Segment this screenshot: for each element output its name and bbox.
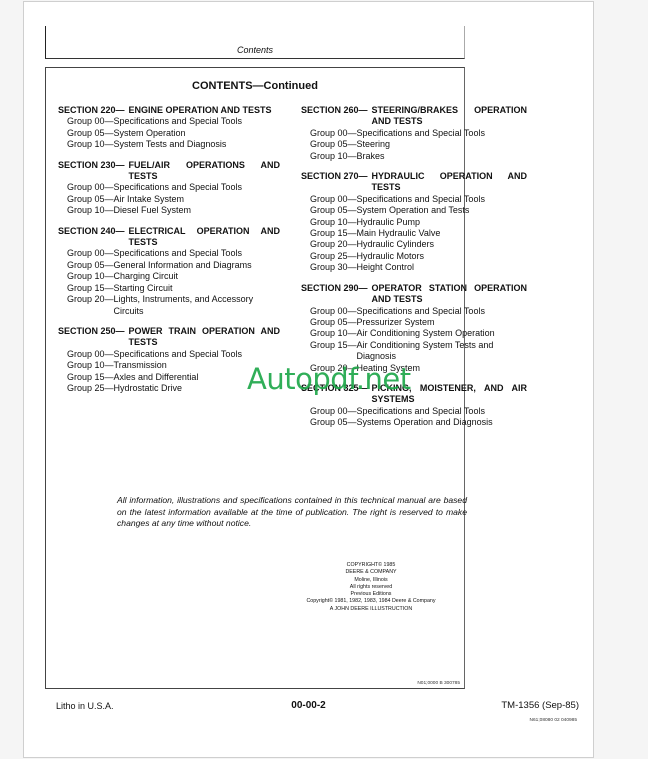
group-number: Group 25— xyxy=(310,251,357,262)
manual-number: TM-1356 (Sep-85) xyxy=(501,700,579,711)
group-number: Group 15— xyxy=(67,283,114,294)
group-number: Group 30— xyxy=(310,262,357,273)
toc-group-item[interactable]: Group 10—Hydraulic Pump xyxy=(301,217,527,228)
toc-section: SECTION 220—ENGINE OPERATION AND TESTSGr… xyxy=(58,105,280,151)
toc-group-item[interactable]: Group 05—Steering xyxy=(301,139,527,150)
section-heading[interactable]: SECTION 270—HYDRAULIC OPERATION AND TEST… xyxy=(301,171,527,194)
copyright-block: COPYRIGHT© 1985DEERE & COMPANYMoline, Il… xyxy=(291,562,451,613)
group-name: Hydraulic Motors xyxy=(357,251,527,262)
toc-section: SECTION 240—ELECTRICAL OPERATION AND TES… xyxy=(58,226,280,317)
group-number: Group 00— xyxy=(67,349,114,360)
group-number: Group 00— xyxy=(310,406,357,417)
group-number: Group 00— xyxy=(310,194,357,205)
group-number: Group 10— xyxy=(67,205,114,216)
group-number: Group 10— xyxy=(310,151,357,162)
toc-group-item[interactable]: Group 00—Specifications and Special Tool… xyxy=(301,406,527,417)
group-number: Group 05— xyxy=(67,194,114,205)
copyright-line: Copyright© 1981, 1982, 1983, 1984 Deere … xyxy=(291,598,451,605)
toc-group-item[interactable]: Group 05—System Operation xyxy=(58,128,280,139)
toc-section: SECTION 230—FUEL/AIR OPERATIONS AND TEST… xyxy=(58,160,280,217)
group-name: Starting Circuit xyxy=(114,283,280,294)
group-number: Group 05— xyxy=(310,317,357,328)
group-name: Hydraulic Cylinders xyxy=(357,239,527,250)
section-name: POWER TRAIN OPERATION AND TESTS xyxy=(129,326,280,349)
toc-group-item[interactable]: Group 05—System Operation and Tests xyxy=(301,205,527,216)
toc-group-item[interactable]: Group 10—Brakes xyxy=(301,151,527,162)
group-number: Group 00— xyxy=(310,128,357,139)
group-number: Group 00— xyxy=(67,116,114,127)
toc-group-item[interactable]: Group 15—Main Hydraulic Valve xyxy=(301,228,527,239)
left-column: SECTION 220—ENGINE OPERATION AND TESTSGr… xyxy=(58,105,280,403)
group-name: Main Hydraulic Valve xyxy=(357,228,527,239)
group-name: Brakes xyxy=(357,151,527,162)
toc-section: SECTION 290—OPERATOR STATION OPERATION A… xyxy=(301,283,527,374)
section-number: SECTION 260— xyxy=(301,105,372,128)
section-number: SECTION 270— xyxy=(301,171,372,194)
section-heading[interactable]: SECTION 290—OPERATOR STATION OPERATION A… xyxy=(301,283,527,306)
section-number: SECTION 250— xyxy=(58,326,129,349)
group-number: Group 00— xyxy=(67,182,114,193)
group-number: Group 05— xyxy=(310,417,357,428)
copyright-line: COPYRIGHT© 1985 xyxy=(291,562,451,569)
group-name: Hydraulic Pump xyxy=(357,217,527,228)
copyright-line: DEERE & COMPANY xyxy=(291,569,451,576)
running-header: Contents xyxy=(45,26,465,59)
group-name: System Operation xyxy=(114,128,280,139)
toc-group-item[interactable]: Group 10—Diesel Fuel System xyxy=(58,205,280,216)
group-name: Specifications and Special Tools xyxy=(357,306,527,317)
group-number: Group 10— xyxy=(67,271,114,282)
toc-section: SECTION 260—STEERING/BRAKES OPERATION AN… xyxy=(301,105,527,162)
toc-group-item[interactable]: Group 00—Specifications and Special Tool… xyxy=(58,349,280,360)
group-number: Group 05— xyxy=(310,139,357,150)
group-number: Group 00— xyxy=(310,306,357,317)
group-name: Specifications and Special Tools xyxy=(357,128,527,139)
section-name: ENGINE OPERATION AND TESTS xyxy=(129,105,280,116)
section-heading[interactable]: SECTION 220—ENGINE OPERATION AND TESTS xyxy=(58,105,280,116)
toc-group-item[interactable]: Group 10—Charging Circuit xyxy=(58,271,280,282)
group-number: Group 25— xyxy=(67,383,114,394)
toc-group-item[interactable]: Group 05—General Information and Diagram… xyxy=(58,260,280,271)
page-title: CONTENTS—Continued xyxy=(46,80,464,92)
group-name: Specifications and Special Tools xyxy=(114,116,280,127)
section-name: ELECTRICAL OPERATION AND TESTS xyxy=(129,226,280,249)
section-name: OPERATOR STATION OPERATION AND TESTS xyxy=(372,283,527,306)
group-name: Specifications and Special Tools xyxy=(357,194,527,205)
section-heading[interactable]: SECTION 230—FUEL/AIR OPERATIONS AND TEST… xyxy=(58,160,280,183)
group-name: Steering xyxy=(357,139,527,150)
group-name: General Information and Diagrams xyxy=(114,260,280,271)
toc-group-item[interactable]: Group 00—Specifications and Special Tool… xyxy=(58,248,280,259)
toc-group-item[interactable]: Group 20—Hydraulic Cylinders xyxy=(301,239,527,250)
group-name: Air Intake System xyxy=(114,194,280,205)
box-code: N01;0000 B 300785 xyxy=(417,681,460,686)
group-number: Group 15— xyxy=(310,228,357,239)
group-name: System Tests and Diagnosis xyxy=(114,139,280,150)
group-name: Height Control xyxy=(357,262,527,273)
section-heading[interactable]: SECTION 250—POWER TRAIN OPERATION AND TE… xyxy=(58,326,280,349)
section-heading[interactable]: SECTION 260—STEERING/BRAKES OPERATION AN… xyxy=(301,105,527,128)
group-name: Diesel Fuel System xyxy=(114,205,280,216)
disclaimer-notice: All information, illustrations and speci… xyxy=(117,495,467,530)
section-name: FUEL/AIR OPERATIONS AND TESTS xyxy=(129,160,280,183)
group-number: Group 15— xyxy=(67,372,114,383)
group-number: Group 20— xyxy=(310,239,357,250)
group-number: Group 20— xyxy=(67,294,114,317)
footer-code: N61;08080 02 040985 xyxy=(530,718,577,723)
group-name: Specifications and Special Tools xyxy=(357,406,527,417)
group-name: Systems Operation and Diagnosis xyxy=(357,417,527,428)
group-number: Group 05— xyxy=(67,128,114,139)
section-number: SECTION 290— xyxy=(301,283,372,306)
toc-group-item[interactable]: Group 20—Lights, Instruments, and Access… xyxy=(58,294,280,317)
group-name: Air Conditioning System Operation xyxy=(357,328,527,339)
toc-group-item[interactable]: Group 00—Specifications and Special Tool… xyxy=(58,116,280,127)
group-number: Group 10— xyxy=(310,217,357,228)
toc-section: SECTION 270—HYDRAULIC OPERATION AND TEST… xyxy=(301,171,527,274)
toc-group-item[interactable]: Group 00—Specifications and Special Tool… xyxy=(58,182,280,193)
group-name: Specifications and Special Tools xyxy=(114,248,280,259)
group-number: Group 05— xyxy=(67,260,114,271)
group-number: Group 15— xyxy=(310,340,357,363)
toc-group-item[interactable]: Group 10—System Tests and Diagnosis xyxy=(58,139,280,150)
toc-group-item[interactable]: Group 05—Pressurizer System xyxy=(301,317,527,328)
toc-group-item[interactable]: Group 15—Air Conditioning System Tests a… xyxy=(301,340,527,363)
toc-group-item[interactable]: Group 30—Height Control xyxy=(301,262,527,273)
toc-group-item[interactable]: Group 25—Hydraulic Motors xyxy=(301,251,527,262)
watermark: Autopdf.net xyxy=(247,362,411,396)
group-name: System Operation and Tests xyxy=(357,205,527,216)
copyright-line: Moline, Illinois xyxy=(291,577,451,584)
copyright-line: A JOHN DEERE ILLUSTRUCTION xyxy=(291,606,451,613)
group-name: Specifications and Special Tools xyxy=(114,182,280,193)
group-number: Group 05— xyxy=(310,205,357,216)
toc-group-item[interactable]: Group 00—Specifications and Special Tool… xyxy=(301,306,527,317)
section-number: SECTION 240— xyxy=(58,226,129,249)
toc-group-item[interactable]: Group 05—Systems Operation and Diagnosis xyxy=(301,417,527,428)
section-heading[interactable]: SECTION 240—ELECTRICAL OPERATION AND TES… xyxy=(58,226,280,249)
toc-group-item[interactable]: Group 00—Specifications and Special Tool… xyxy=(301,194,527,205)
group-name: Lights, Instruments, and Accessory Circu… xyxy=(114,294,280,317)
group-number: Group 10— xyxy=(67,139,114,150)
group-number: Group 00— xyxy=(67,248,114,259)
toc-group-item[interactable]: Group 05—Air Intake System xyxy=(58,194,280,205)
section-number: SECTION 220— xyxy=(58,105,129,116)
group-name: Specifications and Special Tools xyxy=(114,349,280,360)
section-name: STEERING/BRAKES OPERATION AND TESTS xyxy=(372,105,527,128)
toc-group-item[interactable]: Group 10—Air Conditioning System Operati… xyxy=(301,328,527,339)
toc-group-item[interactable]: Group 00—Specifications and Special Tool… xyxy=(301,128,527,139)
group-name: Air Conditioning System Tests and Diagno… xyxy=(357,340,527,363)
group-name: Pressurizer System xyxy=(357,317,527,328)
header-title: Contents xyxy=(46,45,464,55)
group-name: Charging Circuit xyxy=(114,271,280,282)
copyright-line: All rights reserved xyxy=(291,584,451,591)
section-number: SECTION 230— xyxy=(58,160,129,183)
group-number: Group 10— xyxy=(67,360,114,371)
group-number: Group 10— xyxy=(310,328,357,339)
toc-group-item[interactable]: Group 15—Starting Circuit xyxy=(58,283,280,294)
section-name: HYDRAULIC OPERATION AND TESTS xyxy=(372,171,527,194)
